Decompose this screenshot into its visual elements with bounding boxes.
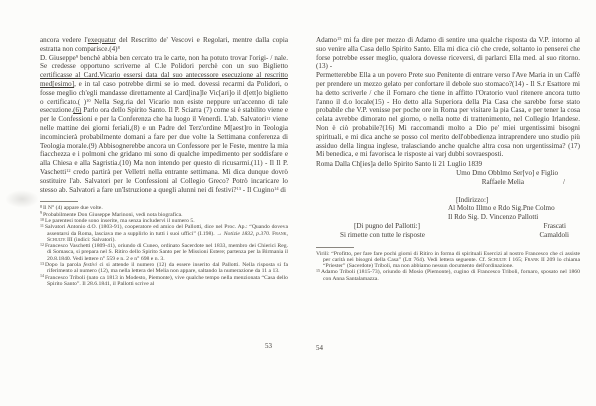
footnote: 14Francesco Triboli (nato ca 1813 in Mod… xyxy=(40,275,288,288)
footnote: 11Salvatori Antonio d.O. (1803-91), coop… xyxy=(40,224,288,243)
footnote-number: 15 xyxy=(316,268,320,273)
body-paragraph: ancora vedere l'exequatur del Rescritto … xyxy=(40,36,288,54)
place-name: Camaldoli xyxy=(539,231,569,240)
footnote-number: 13 xyxy=(40,261,44,266)
annotation-row: [Di pugno del Pallotti:] Frascati xyxy=(316,222,580,231)
scan-smudge xyxy=(5,190,39,208)
annotation-row: Si rimette con tutte le risposte Camaldo… xyxy=(316,231,580,240)
dateline: Roma Dalla Ch[ies]a dello Spirito Santo … xyxy=(316,160,580,169)
letter-body: Adamo15 mi fa dire per mezzo di Adamo di… xyxy=(316,36,580,159)
footnote-separator xyxy=(40,201,78,202)
page-54: Adamo15 mi fa dire per mezzo di Adamo di… xyxy=(316,0,580,406)
footnotes-block: 8Il N° (4) appare due volte. 9Probabilme… xyxy=(40,205,288,287)
book-spread: ancora vedere l'exequatur del Rescritto … xyxy=(0,0,596,406)
address-line: Il Rdo Sig. D. Vincenzo Pallotti xyxy=(448,213,580,222)
footnote-text: Probabilmente Don Giuseppe Marinoni, ved… xyxy=(43,212,183,218)
footnotes-block: Virili: “Profitto, per fare fare pochi g… xyxy=(316,251,580,282)
footnote-text: Virili: “Profitto, per fare fare pochi g… xyxy=(316,251,580,270)
annotation-text: Si rimette con tutte le risposte xyxy=(340,231,425,240)
footnote-text: Dopo la parola festivi ci si attende il … xyxy=(45,262,288,274)
footnote-text: Il N° (4) appare due volte. xyxy=(43,205,103,211)
address-line: Al Molto Illmo e Rdo Sig.Pne Colmo xyxy=(448,204,580,213)
footnote-number: 9 xyxy=(40,210,42,215)
footnote-text: Francesco Triboli (nato ca 1813 in Modes… xyxy=(45,275,288,287)
signature-line: Umo Dmo Obblmo Ser[vo] e Figlio xyxy=(316,169,580,178)
letter-body: ancora vedere l'exequatur del Rescritto … xyxy=(40,36,288,194)
footnote-text: Adamo Triboli (1815-73), oriundo di Mosi… xyxy=(321,269,580,281)
page-number: 53 xyxy=(265,342,272,350)
footnote-number: 10 xyxy=(40,217,44,222)
footnote-number: 12 xyxy=(40,242,44,247)
footnote-number: 11 xyxy=(40,223,44,228)
footnote: 13Dopo la parola festivi ci si attende i… xyxy=(40,262,288,275)
body-paragraph: Adamo15 mi fa dire per mezzo di Adamo di… xyxy=(316,36,580,71)
footnote-number: 8 xyxy=(40,204,42,209)
page-53: ancora vedere l'exequatur del Rescritto … xyxy=(40,0,288,406)
footnote-text: Francesco Vaschetti (1809-41), oriundo d… xyxy=(45,243,288,262)
signature-name: Raffaele Melia / xyxy=(316,178,580,187)
page-number: 54 xyxy=(316,344,323,352)
footnote: 15Adamo Triboli (1815-73), oriundo di Mo… xyxy=(316,269,580,282)
address-block: [Indirizzo:] Al Molto Illmo e Rdo Sig.Pn… xyxy=(448,196,580,222)
body-paragraph: Permetterebbe Ella a un povero Prete suo… xyxy=(316,71,580,159)
body-paragraph: D. Giuseppe9 benchè abbia ben cercato tr… xyxy=(40,54,288,195)
annotation-label: [Di pugno del Pallotti:] xyxy=(354,222,420,231)
footnote: 12Francesco Vaschetti (1809-41), oriundo… xyxy=(40,243,288,262)
editorial-slash: / xyxy=(563,178,565,187)
footnote-number: 14 xyxy=(40,273,44,278)
place-name: Frascati xyxy=(544,222,566,231)
footnote-text: Salvatori Antonio d.O. (1803-91), cooper… xyxy=(45,224,288,243)
footnote-separator xyxy=(316,247,354,248)
footnote-continuation: Virili: “Profitto, per fare fare pochi g… xyxy=(316,251,580,270)
address-label: [Indirizzo:] xyxy=(448,196,580,205)
signature-name-text: Raffaele Melia xyxy=(482,178,524,186)
